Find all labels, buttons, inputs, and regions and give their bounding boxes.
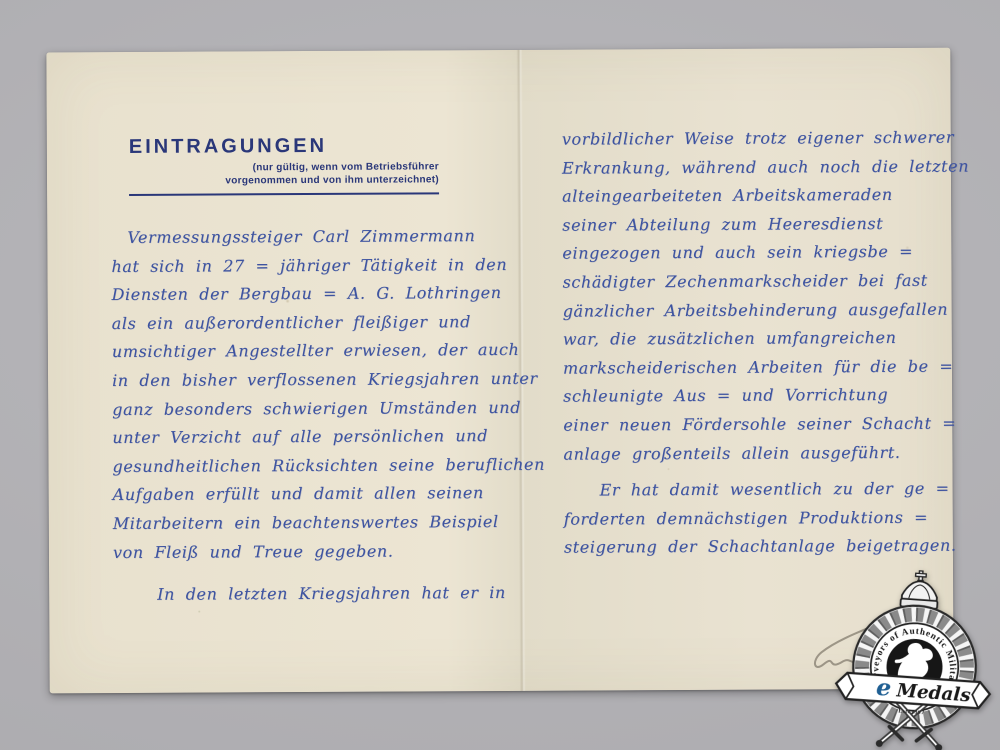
- handwritten-line: steigerung der Schachtanlage beigetragen…: [564, 532, 964, 563]
- handwritten-line: hat sich in 27 = jähriger Tätigkeit in d…: [111, 250, 521, 281]
- handwritten-line: war, die zusätzlichen umfangreichen: [563, 324, 963, 355]
- handwritten-line: Vermessungssteiger Carl Zimmermann: [111, 222, 521, 253]
- handwritten-line: als ein außerordentlicher fleißiger und: [112, 308, 522, 339]
- handwritten-line: schleunigte Aus = und Vorrichtung: [563, 381, 963, 412]
- handwritten-line: In den letzten Kriegsjahren hat er in: [113, 579, 523, 610]
- handwritten-line: gänzlicher Arbeitsbehinderung ausgefalle…: [563, 295, 963, 326]
- header-note: (nur gültig, wenn vom Betriebsführer vor…: [129, 160, 439, 188]
- handwritten-line: unter Verzicht auf alle persönlichen und: [112, 422, 522, 453]
- crown-icon: [900, 570, 939, 609]
- handwritten-line: in den bisher verflossenen Kriegsjahren …: [112, 365, 522, 396]
- handwritten-line: Er hat damit wesentlich zu der ge =: [564, 475, 964, 506]
- handwritten-line: markscheiderischen Arbeiten für die be =: [563, 352, 963, 383]
- right-page-text: vorbildlicher Weise trotz eigener schwer…: [562, 124, 964, 563]
- handwritten-line: einer neuen Fördersohle seiner Schacht =: [563, 410, 963, 441]
- handwritten-line: von Fleiß und Treue gegeben.: [113, 536, 523, 567]
- handwritten-line: Erkrankung, während auch noch die letzte…: [562, 152, 962, 183]
- page-title: EINTRAGUNGEN: [129, 134, 439, 159]
- document-spread: EINTRAGUNGEN (nur gültig, wenn vom Betri…: [46, 48, 953, 694]
- handwritten-line: vorbildlicher Weise trotz eigener schwer…: [562, 124, 962, 155]
- header-rule: [129, 192, 439, 196]
- handwritten-line: schädigter Zechenmarkscheider bei fast: [562, 267, 962, 298]
- handwritten-line: Mitarbeitern ein beachtenswertes Beispie…: [113, 508, 523, 539]
- handwritten-line: Aufgaben erfüllt und damit allen seinen: [113, 479, 523, 510]
- handwritten-line: umsichtiger Angestellter erwiesen, der a…: [112, 336, 522, 367]
- header-note-line2: vorgenommen und von ihm unterzeichnet): [129, 173, 439, 188]
- handwritten-line: forderten demnächstigen Produktions =: [564, 503, 964, 534]
- handwritten-line: seiner Abteilung zum Heeresdienst: [562, 209, 962, 240]
- handwritten-line: ganz besonders schwierigen Umständen und: [112, 393, 522, 424]
- handwritten-line: gesundheitlichen Rücksichten seine beruf…: [112, 451, 522, 482]
- left-page-text: Vermessungssteiger Carl Zimmermannhat si…: [111, 222, 523, 610]
- handwritten-line: Diensten der Bergbau = A. G. Lothringen: [112, 279, 522, 310]
- printed-header: EINTRAGUNGEN (nur gültig, wenn vom Betri…: [129, 134, 439, 196]
- handwritten-line: alteingearbeiteten Arbeitskameraden: [562, 181, 962, 212]
- handwritten-line: anlage großenteils allein ausgeführt.: [563, 438, 963, 469]
- photo-background: EINTRAGUNGEN (nur gültig, wenn vom Betri…: [0, 0, 1000, 750]
- handwritten-line: eingezogen und auch sein kriegsbe =: [562, 238, 962, 269]
- emedals-watermark: Purveyors of Authentic Militaria e Medal…: [830, 564, 1000, 750]
